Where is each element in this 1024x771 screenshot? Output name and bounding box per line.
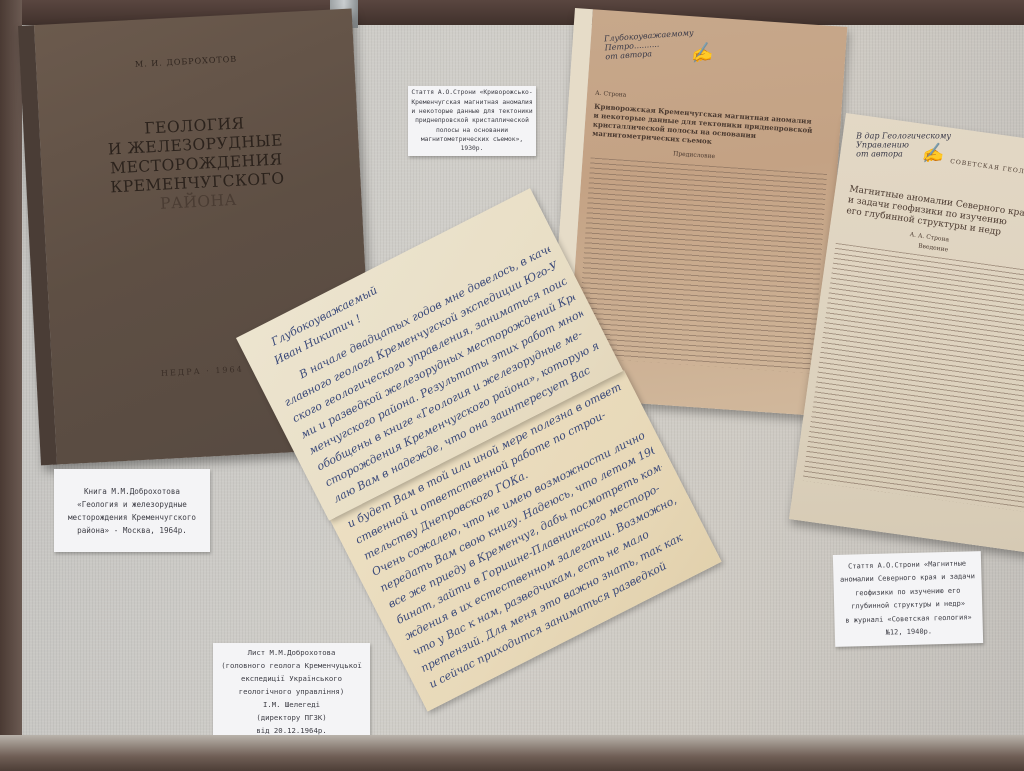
label-line: «Геология и железорудные xyxy=(54,498,210,511)
article-1940-label: Стаття А.О.Строни «Магнитные аномалии Се… xyxy=(833,551,983,647)
typed-body-text xyxy=(802,243,1024,513)
article-author: А. А. Строна xyxy=(909,231,949,243)
label-line: геологічного управління) xyxy=(213,685,370,698)
typed-body-text xyxy=(577,157,827,373)
label-line: (головного геолога Кременчуцької xyxy=(213,659,370,672)
label-line: Лист М.М.Доброхотова xyxy=(213,646,370,659)
label-line: Книга М.М.Доброхотова xyxy=(54,485,210,498)
article-section: Предисловие xyxy=(673,150,715,160)
book-author: М. И. ДОБРОХОТОВ xyxy=(116,54,256,70)
label-line: експедиції Українського xyxy=(213,672,370,685)
label-line: района» - Москва, 1964р. xyxy=(54,524,210,537)
article-1930-label: Стаття А.О.Строни «Криворожсько- Кременч… xyxy=(408,86,536,156)
book-title: ГЕОЛОГИЯ И ЖЕЛЕЗОРУДНЫЕ МЕСТОРОЖДЕНИЯ КР… xyxy=(79,111,314,218)
article-title: Криворожская Кременчугская магнитная ано… xyxy=(592,102,819,154)
label-line: полосы на основании xyxy=(408,126,536,135)
label-line: и некоторые данные для тектоники xyxy=(408,107,536,116)
label-line: магнитометрических съемок», xyxy=(408,135,536,144)
book-label: Книга М.М.Доброхотова «Геология и железо… xyxy=(54,469,210,552)
journal-header: СОВЕТСКАЯ ГЕОЛОГИЯ xyxy=(950,158,1024,179)
label-line: Стаття А.О.Строни «Криворожсько- xyxy=(408,88,536,97)
letter-label: Лист М.М.Доброхотова (головного геолога … xyxy=(213,643,370,739)
display-case-frame-left xyxy=(0,0,22,771)
label-line: приднепровской кристаллической xyxy=(408,116,536,125)
label-line: 1930р. xyxy=(408,144,536,153)
label-line: І.М. Шелегеді xyxy=(213,698,370,711)
label-line: (директору ПГЗК) xyxy=(213,711,370,724)
signature-icon: ✍ xyxy=(920,142,945,166)
handnote-line: В дар Геологическому xyxy=(856,131,951,140)
article-section: Введение xyxy=(918,242,949,253)
display-case-frame-bottom xyxy=(0,735,1024,771)
label-line: месторождения Кременчугского xyxy=(54,511,210,524)
article-author: А. Строна xyxy=(595,90,627,99)
dedication-note: Глубокоуважаемому Петро.......... от авт… xyxy=(604,28,695,61)
label-line: №12, 1940р. xyxy=(835,624,983,641)
signature-icon: ✍ xyxy=(688,41,714,66)
book-publisher: НЕДРА · 1964 xyxy=(142,364,262,379)
label-line: Кременчугская магнитная аномалия xyxy=(408,98,536,107)
